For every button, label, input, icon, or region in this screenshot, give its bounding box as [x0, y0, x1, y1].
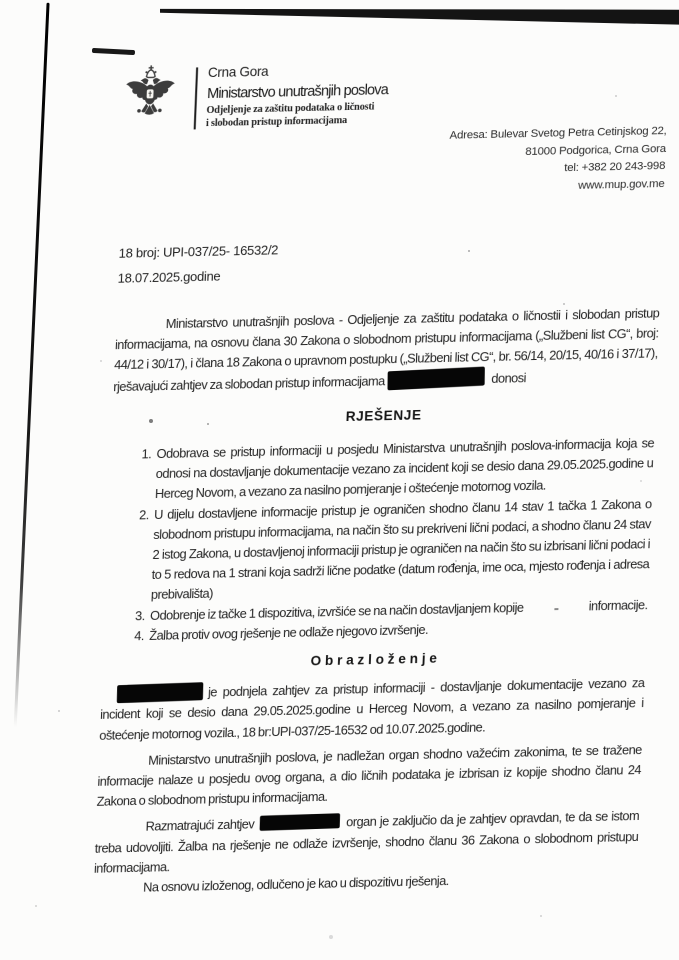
redaction-box-1 — [387, 366, 484, 390]
item-text: Odobrava se pristup informaciji u posjed… — [155, 433, 655, 504]
explanation-paragraph-2: Ministarstvo unutrašnjih poslova, je nad… — [96, 740, 642, 812]
ministry-name: Ministarstvo unutrašnjih poslova — [207, 82, 389, 102]
intro-paragraph: Ministarstvo unutrašnjih poslova - Odjel… — [113, 303, 660, 397]
scanned-document: Crna Gora Ministarstvo unutrašnjih poslo… — [0, 0, 679, 960]
item-text-after-gap: informacije. — [588, 595, 648, 616]
item-number: 4. — [134, 626, 150, 647]
decision-item-2: 2. U dijelu dostavljene informacije pris… — [136, 494, 653, 606]
scan-noise-specks — [0, 0, 2, 2]
explanation-paragraph-1: je podnjela zahtjev za pristup informaci… — [99, 673, 645, 745]
paragraph-text-before: Razmatrajući zahtjev — [145, 817, 254, 834]
decision-title: RJEŠENJE — [112, 400, 656, 432]
letterhead-text: Crna Gora Ministarstvo unutrašnjih poslo… — [206, 61, 390, 130]
intro-text-after: donosi — [491, 370, 526, 386]
intro-text: Ministarstvo unutrašnjih poslova - Odjel… — [113, 305, 660, 393]
country-name: Crna Gora — [208, 61, 389, 80]
decision-item-1: 1. Odobrava se pristup informaciji u pos… — [140, 433, 655, 505]
item-number: 3. — [135, 606, 151, 627]
montenegro-coat-of-arms-icon — [121, 64, 178, 137]
letterhead-divider — [194, 67, 199, 129]
decision-items: 1. Odobrava se pristup informaciji u pos… — [134, 433, 655, 646]
document-page: Crna Gora Ministarstvo unutrašnjih poslo… — [0, 0, 679, 960]
item-text: U dijelu dostavljene informacije pristup… — [151, 494, 652, 606]
reference-block: 18 broj: UPI-037/25- 16532/2 18.07.2025.… — [117, 229, 662, 291]
redacted-gap-dot — [554, 608, 558, 610]
address-line-4: www.mup.gov.me — [447, 176, 665, 198]
letterhead: Crna Gora Ministarstvo unutrašnjih poslo… — [123, 51, 670, 141]
redaction-box-3 — [260, 814, 341, 832]
address-block: Adresa: Bulevar Svetog Petra Cetinjskog … — [447, 123, 667, 198]
redaction-box-2 — [117, 682, 204, 703]
explanation-title: O b r a z l o ž e n j e — [102, 644, 646, 676]
